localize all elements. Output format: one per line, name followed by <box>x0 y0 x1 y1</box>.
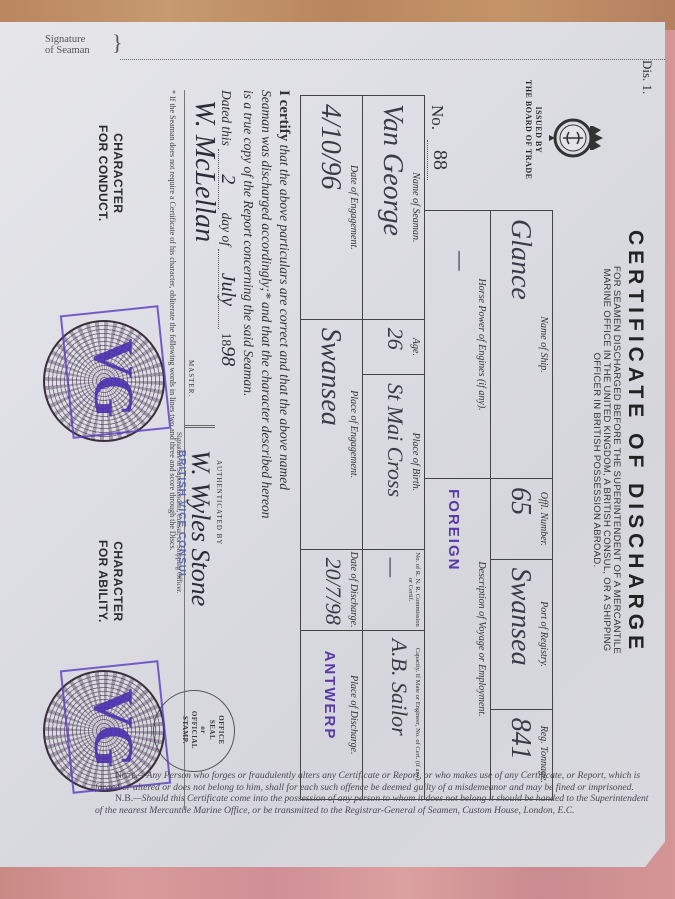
board-of-trade-crest-icon <box>547 108 607 168</box>
horse-power-value: — <box>448 211 474 478</box>
consul-stamp: BRITISH VICE CONSUL <box>176 450 187 580</box>
ability-stamp: VG <box>81 688 145 764</box>
dated-day-value: 2 <box>218 149 237 209</box>
issuer: ISSUED BY THE BOARD OF TRADE <box>523 80 543 179</box>
date-of-engagement-cell: Date of Engagement. 4/10/96 <box>301 96 363 320</box>
ship-table: Name of Ship. Glance Offl. Number. 65 Po… <box>424 210 553 800</box>
signature-of-seaman-line <box>120 59 665 60</box>
authenticated-by-label: AUTHENTICATED BY <box>215 460 223 545</box>
brace-icon: } <box>112 32 123 54</box>
dated-month-value: July <box>218 249 237 329</box>
certificate-title: CERTIFICATE OF DISCHARGE <box>623 230 647 654</box>
port-of-registry-cell: Port of Registry. Swansea <box>491 559 553 709</box>
form-code: Dis. 1. <box>639 60 655 94</box>
signature-of-seaman-strip: Signature of Seaman } <box>0 22 665 67</box>
character-for-conduct-label: CHARACTER FOR CONDUCT. <box>95 125 125 222</box>
office-seal-text: OFFICE SEAL or OFFICIAL STAMP. <box>180 695 225 765</box>
age-value: 26 <box>382 320 408 374</box>
master-label: MASTER. <box>187 360 195 397</box>
rnr-number-value: — <box>379 550 405 630</box>
divider-line <box>185 425 215 428</box>
ship-name-value: Glance <box>504 211 536 478</box>
master-signature: W. McLellan <box>188 100 220 242</box>
authenticator-signature: W. Wyles Stone <box>185 450 215 606</box>
legal-notes: Note.—Any Person who forges or fraudulen… <box>95 770 655 816</box>
character-for-ability-label: CHARACTER FOR ABILITY. <box>95 540 125 623</box>
seaman-name-cell: Name of Seaman. Van George <box>363 96 425 320</box>
certificate-number: 88 <box>427 140 451 180</box>
official-number-cell: Offl. Number. 65 <box>491 479 553 559</box>
certification-text: I certify that the above particulars are… <box>217 90 293 690</box>
date-of-discharge-cell: Date of Discharge. 20/7/98 <box>301 549 363 630</box>
place-of-birth-cell: Place of Birth. St Mai Cross <box>363 375 425 550</box>
rnr-number-cell: No. of R. N. R. Commission or Certif. — <box>363 549 425 630</box>
date-of-engagement-value: 4/10/96 <box>314 96 346 319</box>
seaman-table: Name of Seaman. Van George Age. 26 Place… <box>300 95 425 800</box>
nb-paragraph: N.B.—Should this Certificate come into t… <box>95 793 655 816</box>
place-of-engagement-cell: Place of Engagement. Swansea <box>301 319 363 549</box>
conduct-stamp: VG <box>81 338 145 414</box>
certification-footnote: * If the Seaman does not require a Certi… <box>168 90 177 850</box>
date-of-discharge-value: 20/7/98 <box>320 550 346 630</box>
official-number-value: 65 <box>504 479 536 558</box>
port-of-registry-value: Swansea <box>504 560 536 709</box>
note-paragraph: Note.—Any Person who forges or fraudulen… <box>95 770 655 793</box>
ship-name-cell: Name of Ship. Glance <box>491 211 553 479</box>
signature-of-seaman-label: Signature of Seaman <box>45 34 90 56</box>
certificate-subtitle: FOR SEAMEN DISCHARGED BEFORE THE SUPERIN… <box>591 210 621 710</box>
certificate-number-label: No. <box>427 105 447 130</box>
voyage-description-cell: Description of Voyage or Employment. FOR… <box>425 479 491 800</box>
seaman-name-value: Van George <box>376 96 408 319</box>
horse-power-cell: Horse Power of Engines (if any). — <box>425 211 491 479</box>
age-cell: Age. 26 <box>363 319 425 374</box>
place-of-birth-value: St Mai Cross <box>382 375 408 549</box>
place-of-engagement-value: Swansea <box>314 320 346 549</box>
dated-year-value: 98 <box>217 346 239 366</box>
voyage-description-stamp: FOREIGN <box>445 489 462 799</box>
